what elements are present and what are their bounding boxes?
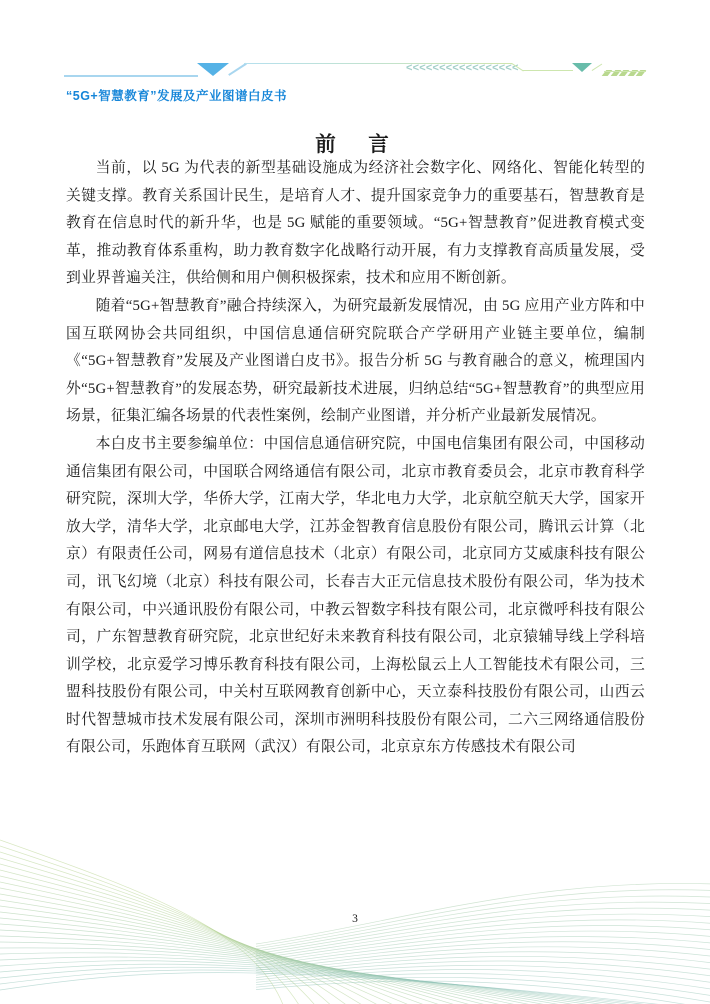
page-number: 3 [0, 913, 710, 925]
document-page: <<<<<<<<<<<<<<<<< “5G+智慧教育”发展及产业图谱白皮书 前 … [0, 0, 710, 1004]
page-title: 前 言 [0, 127, 710, 157]
header-rule-right-end [604, 71, 646, 72]
header-rule-slash-right [592, 64, 603, 72]
paragraph-2: 随着“5G+智慧教育”融合持续深入，为研究最新发展情况，由 5G 应用产业方阵和… [66, 293, 645, 431]
body-text: 当前，以 5G 为代表的新型基础设施成为经济社会数字化、网络化、智能化转型的关键… [66, 155, 645, 762]
running-header-title: “5G+智慧教育”发展及产业图谱白皮书 [66, 86, 287, 104]
header-rule-left [64, 75, 198, 77]
triangle-down-blue-icon [197, 63, 229, 76]
triangle-down-teal-icon [572, 63, 592, 72]
header-rule-slash [228, 63, 246, 76]
paragraph-3: 本白皮书主要参编单位：中国信息通信研究院，中国电信集团有限公司，中国移动通信集团… [66, 431, 645, 762]
paragraph-1: 当前，以 5G 为代表的新型基础设施成为经济社会数字化、网络化、智能化转型的关键… [66, 155, 645, 293]
chevrons-left-icon: <<<<<<<<<<<<<<<<< [406, 63, 519, 74]
slanted-dashes-icon [604, 63, 647, 81]
header-rule-right [523, 70, 573, 71]
